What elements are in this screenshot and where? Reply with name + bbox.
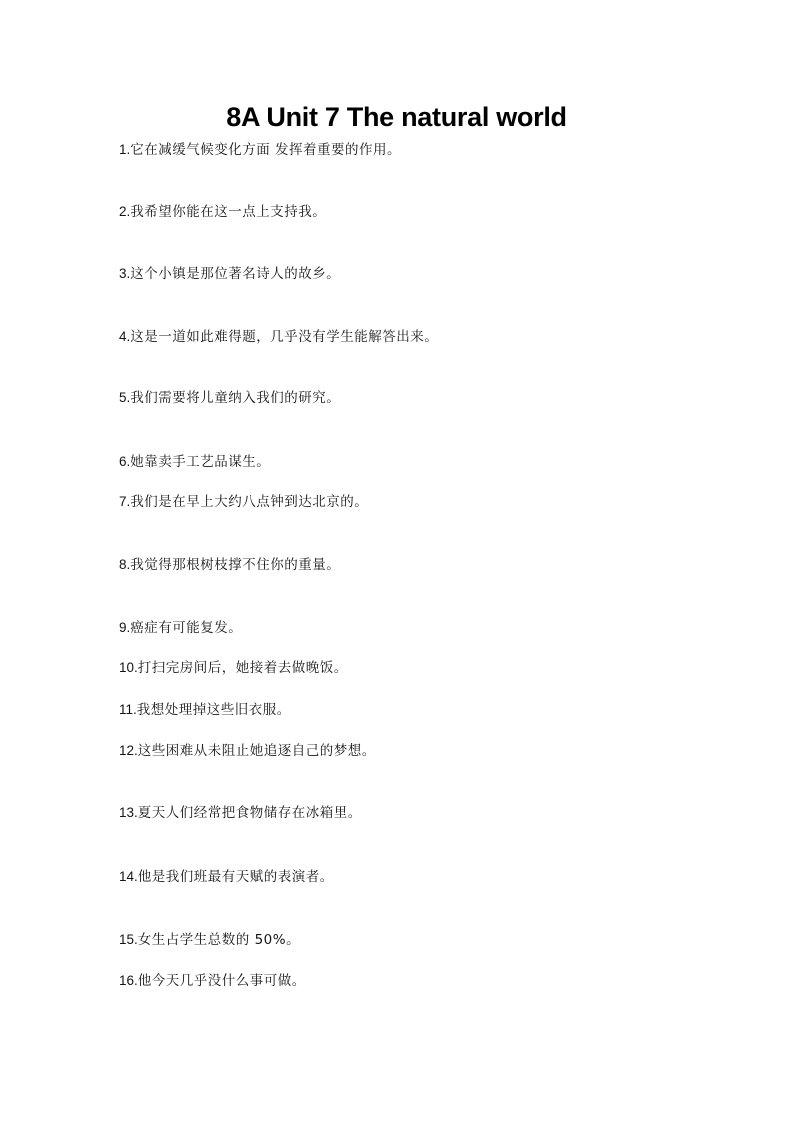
item-text: 她靠卖手工艺品谋生。 bbox=[130, 454, 270, 470]
list-item: 7.我们是在早上大约八点钟到达北京的。 bbox=[119, 493, 368, 511]
item-text: 我们是在早上大约八点钟到达北京的。 bbox=[130, 494, 368, 510]
document-page: 8A Unit 7 The natural world 1.它在减缓气候变化方面… bbox=[0, 0, 793, 1122]
item-number: 15. bbox=[119, 932, 138, 947]
item-text: 他是我们班最有天赋的表演者。 bbox=[138, 869, 334, 885]
item-number: 10. bbox=[119, 660, 138, 675]
item-text: 女生占学生总数的 50%。 bbox=[138, 932, 300, 948]
item-number: 1. bbox=[119, 142, 130, 157]
item-text: 夏天人们经常把食物储存在冰箱里。 bbox=[138, 805, 362, 821]
item-number: 6. bbox=[119, 454, 130, 469]
list-item: 1.它在减缓气候变化方面 发挥着重要的作用。 bbox=[119, 141, 401, 159]
item-number: 16. bbox=[119, 973, 138, 988]
item-text: 这是一道如此难得题，几乎没有学生能解答出来。 bbox=[130, 329, 438, 345]
item-number: 11. bbox=[119, 702, 137, 717]
list-item: 11.我想处理掉这些旧衣服。 bbox=[119, 701, 291, 719]
item-number: 8. bbox=[119, 557, 130, 572]
document-title: 8A Unit 7 The natural world bbox=[0, 100, 793, 134]
item-number: 2. bbox=[119, 204, 130, 219]
item-text: 打扫完房间后，她接着去做晚饭。 bbox=[138, 660, 348, 676]
list-item: 16.他今天几乎没什么事可做。 bbox=[119, 972, 306, 990]
item-number: 14. bbox=[119, 869, 138, 884]
list-item: 5.我们需要将儿童纳入我们的研究。 bbox=[119, 389, 340, 407]
item-number: 4. bbox=[119, 329, 130, 344]
list-item: 14.他是我们班最有天赋的表演者。 bbox=[119, 868, 334, 886]
list-item: 8.我觉得那根树枝撑不住你的重量。 bbox=[119, 556, 340, 574]
list-item: 15.女生占学生总数的 50%。 bbox=[119, 931, 300, 949]
item-text: 它在减缓气候变化方面 发挥着重要的作用。 bbox=[130, 142, 401, 158]
item-text: 他今天几乎没什么事可做。 bbox=[138, 973, 306, 989]
list-item: 9.癌症有可能复发。 bbox=[119, 619, 242, 637]
item-text: 癌症有可能复发。 bbox=[130, 620, 242, 636]
item-number: 13. bbox=[119, 805, 138, 820]
list-item: 4.这是一道如此难得题，几乎没有学生能解答出来。 bbox=[119, 328, 438, 346]
item-text: 我希望你能在这一点上支持我。 bbox=[130, 204, 326, 220]
list-item: 10.打扫完房间后，她接着去做晚饭。 bbox=[119, 659, 348, 677]
item-number: 5. bbox=[119, 390, 130, 405]
item-text: 我们需要将儿童纳入我们的研究。 bbox=[130, 390, 340, 406]
list-item: 13.夏天人们经常把食物储存在冰箱里。 bbox=[119, 804, 362, 822]
item-number: 12. bbox=[119, 743, 138, 758]
item-number: 7. bbox=[119, 494, 130, 509]
list-item: 6.她靠卖手工艺品谋生。 bbox=[119, 453, 270, 471]
list-item: 2.我希望你能在这一点上支持我。 bbox=[119, 203, 326, 221]
list-item: 3.这个小镇是那位著名诗人的故乡。 bbox=[119, 265, 340, 283]
item-text: 这些困难从未阻止她追逐自己的梦想。 bbox=[138, 743, 376, 759]
list-item: 12.这些困难从未阻止她追逐自己的梦想。 bbox=[119, 742, 376, 760]
item-text: 我想处理掉这些旧衣服。 bbox=[137, 702, 291, 718]
item-text: 这个小镇是那位著名诗人的故乡。 bbox=[130, 266, 340, 282]
item-number: 3. bbox=[119, 266, 130, 281]
item-number: 9. bbox=[119, 620, 130, 635]
item-text: 我觉得那根树枝撑不住你的重量。 bbox=[130, 557, 340, 573]
